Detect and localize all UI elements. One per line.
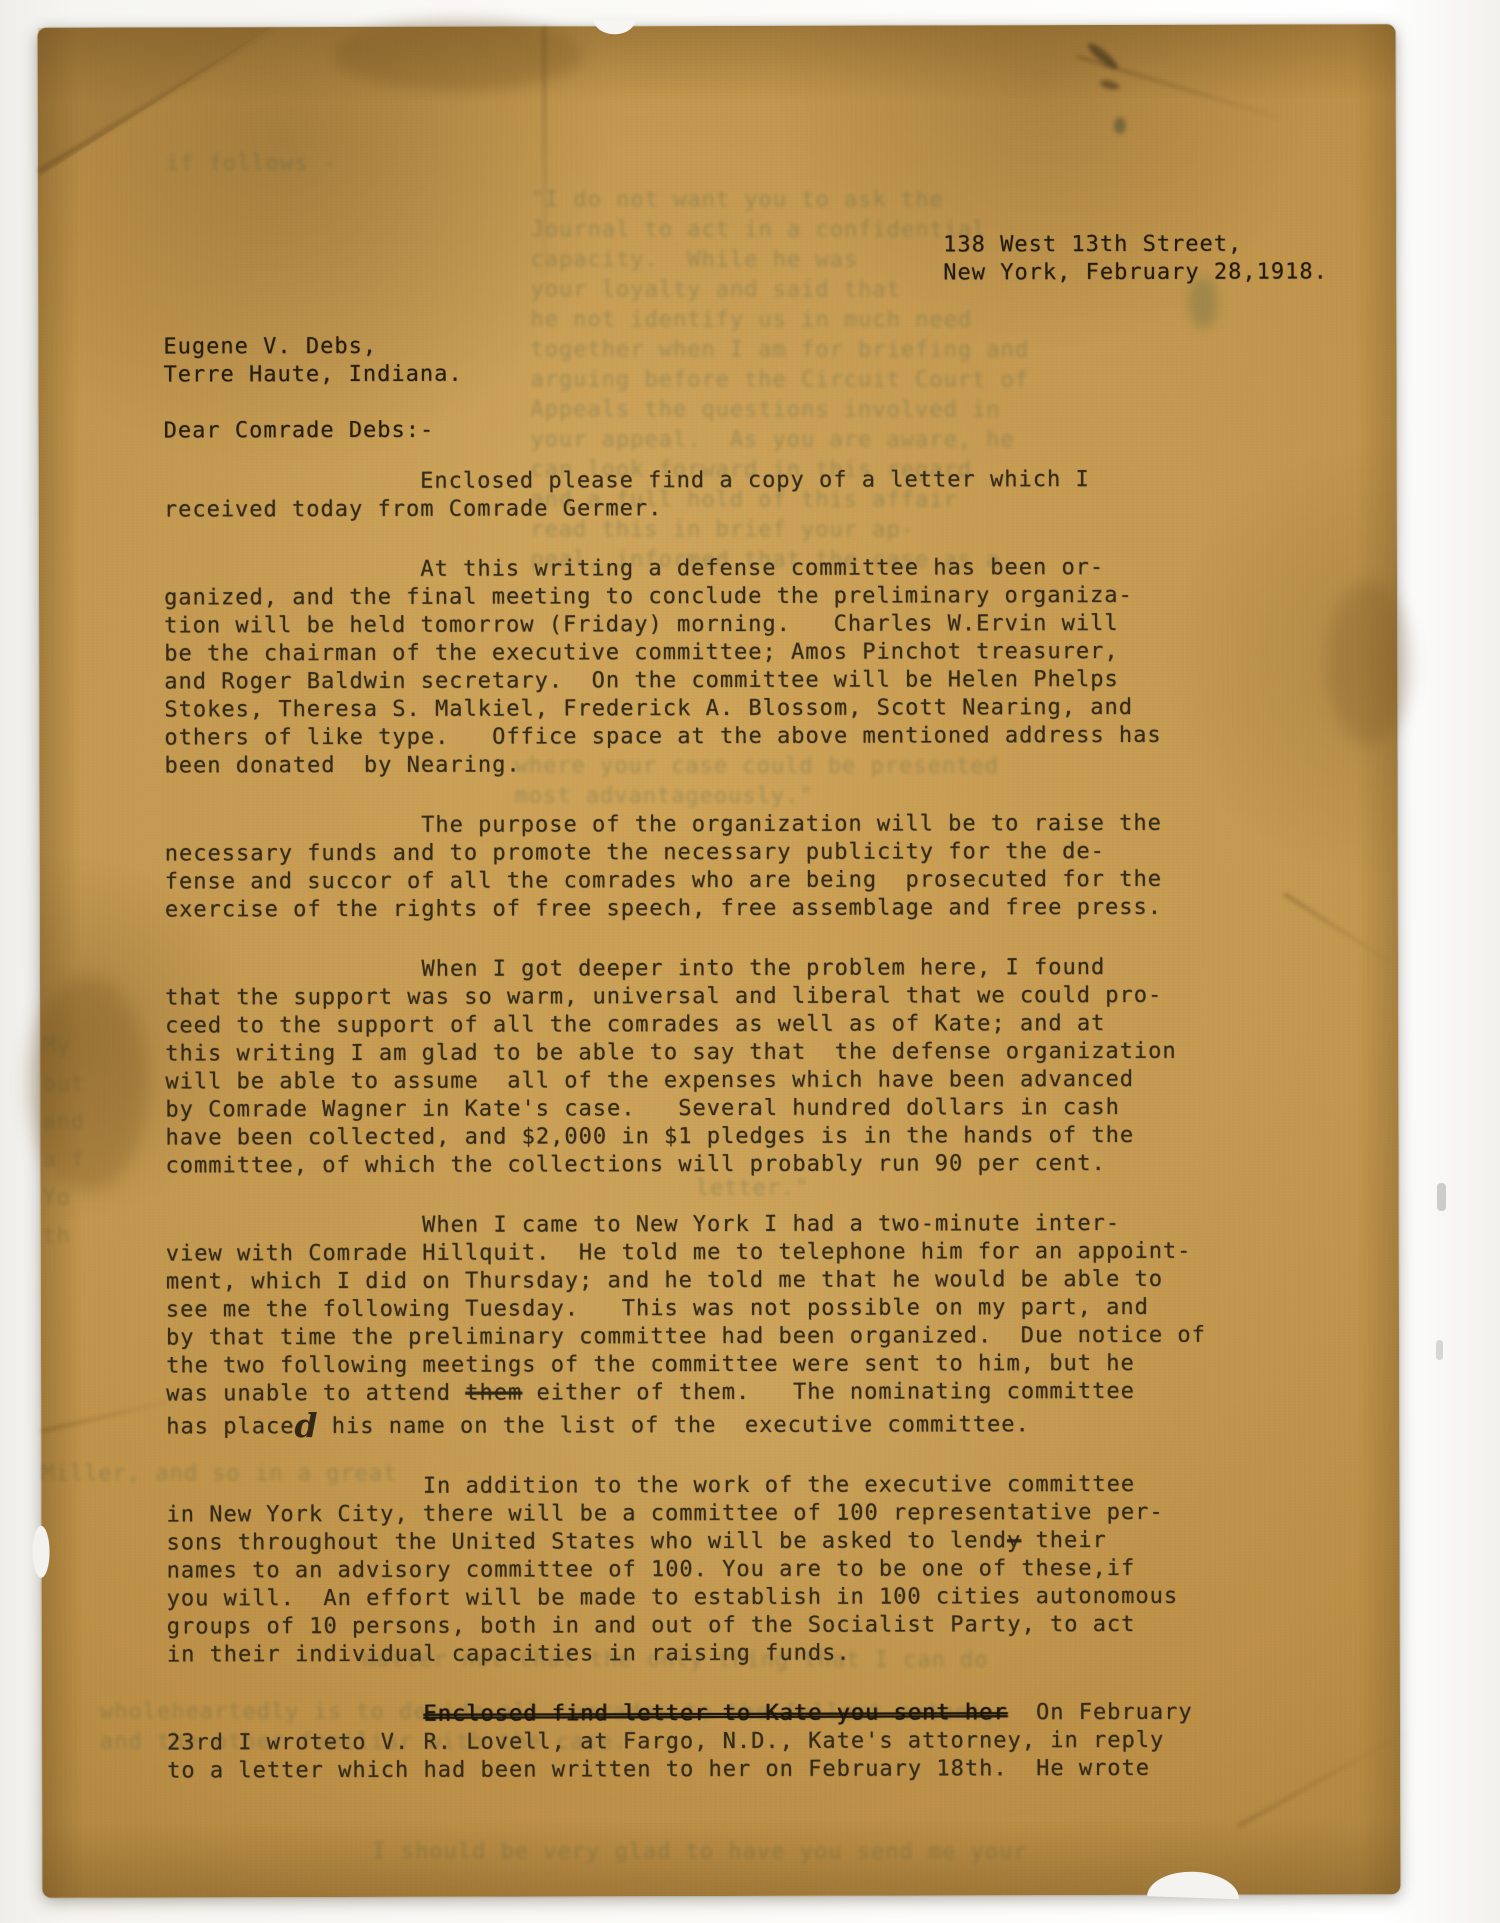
paragraph-lovell: Enclosed find letter to Kate you sent he… xyxy=(167,1699,1282,1786)
paragraph-text: The purpose of the organization will be … xyxy=(165,811,1162,923)
paragraph-text: When I came to New York I had a two-minu… xyxy=(166,1211,1206,1406)
struck-letter: y xyxy=(1007,1528,1021,1553)
salutation: Dear Comrade Debs:- xyxy=(164,417,435,446)
paragraph-text: At this writing a defense committee has … xyxy=(164,555,1162,778)
scan-background: if follows - "I do not want you to ask t… xyxy=(0,0,1500,1923)
handwritten-letter-d: d xyxy=(294,1406,317,1445)
paragraph-text: Enclosed please find a copy of a letter … xyxy=(164,467,1090,522)
addressee-block: Eugene V. Debs, Terre Haute, Indiana. xyxy=(163,333,462,390)
paragraph-enclosure: Enclosed please find a copy of a letter … xyxy=(164,466,1279,525)
paragraph-purpose: The purpose of the organization will be … xyxy=(165,810,1280,925)
paragraph-defense-committee: At this writing a defense committee has … xyxy=(164,554,1280,781)
paragraph-text: When I got deeper into the problem here,… xyxy=(165,955,1177,1178)
scanner-edge-mark xyxy=(1437,1183,1446,1211)
paper-tear xyxy=(32,1526,49,1578)
struck-phrase: Enclosed find letter to Kate you sent he… xyxy=(423,1700,1007,1727)
letter-paper: if follows - "I do not want you to ask t… xyxy=(38,24,1401,1898)
paragraph-hillquit: When I came to New York I had a two-minu… xyxy=(166,1210,1282,1442)
struck-word: them xyxy=(465,1381,522,1406)
dateline: 138 West 13th Street, New York, February… xyxy=(943,230,1328,287)
paragraph-advisory-committee: In addition to the work of the executive… xyxy=(166,1471,1282,1670)
paragraph-indent xyxy=(167,1702,423,1728)
letter-body: Enclosed please find a copy of a letter … xyxy=(164,466,1282,1786)
paragraph-funds: When I got deeper into the problem here,… xyxy=(165,954,1281,1181)
paragraph-text: his name on the list of the executive co… xyxy=(317,1412,1029,1439)
scanner-edge-mark xyxy=(1436,1340,1443,1360)
letter-content: 138 West 13th Street, New York, February… xyxy=(38,24,1401,1898)
